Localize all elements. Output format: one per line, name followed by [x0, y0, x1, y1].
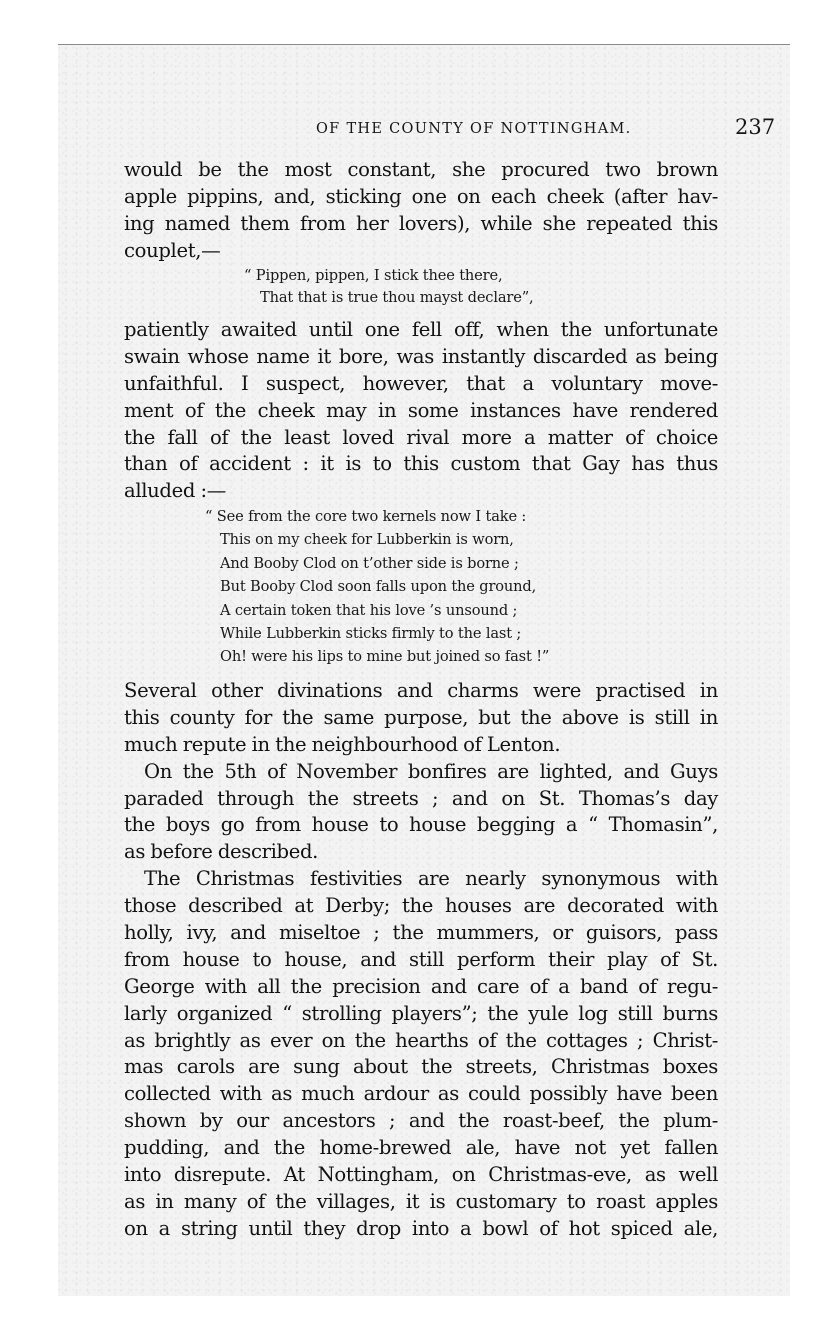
- page-number: 237: [735, 115, 775, 139]
- running-head: OF THE COUNTY OF NOTTINGHAM. 237: [58, 115, 790, 139]
- text-line: unfaithful. I suspect, however, that a v…: [124, 371, 718, 398]
- text-line: the boys go from house to house begging …: [124, 812, 718, 839]
- text-line: shown by our ancestors ; and the roast-b…: [124, 1108, 718, 1135]
- text-line: paraded through the streets ; and on St.…: [124, 786, 718, 813]
- running-title: OF THE COUNTY OF NOTTINGHAM.: [316, 121, 632, 137]
- text-line: mas carols are sung about the streets, C…: [124, 1054, 718, 1081]
- verse-line: While Lubberkin sticks firmly to the las…: [205, 622, 549, 645]
- text-line: George with all the precision and care o…: [124, 974, 718, 1001]
- text-line: ing named them from her lovers), while s…: [124, 211, 718, 238]
- text-line: as before described.: [124, 839, 718, 866]
- text-line: Several other divinations and charms wer…: [124, 678, 718, 705]
- text-line: swain whose name it bore, was instantly …: [124, 344, 718, 371]
- verse-line: Oh! were his lips to mine but joined so …: [205, 645, 549, 668]
- text-line: as brightly as ever on the hearths of th…: [124, 1028, 718, 1055]
- verse-line: “ See from the core two kernels now I ta…: [205, 505, 549, 528]
- text-line: as in many of the villages, it is custom…: [124, 1189, 718, 1216]
- text-line: alluded :—: [124, 478, 718, 505]
- text-line: holly, ivy, and miseltoe ; the mummers, …: [124, 920, 718, 947]
- verse-line: That that is true thou mayst declare”,: [244, 287, 534, 309]
- paragraph-continued: would be the most constant, she procured…: [124, 157, 718, 265]
- gay-poem-quote: “ See from the core two kernels now I ta…: [205, 505, 549, 669]
- verse-line: “ Pippen, pippen, I stick thee there,: [244, 265, 534, 287]
- text-line: apple pippins, and, sticking one on each…: [124, 184, 718, 211]
- text-line: pudding, and the home-brewed ale, have n…: [124, 1135, 718, 1162]
- paragraph-custom: patiently awaited until one fell off, wh…: [124, 317, 718, 505]
- text-line: this county for the same purpose, but th…: [124, 705, 718, 732]
- text-line: ment of the cheek may in some instances …: [124, 398, 718, 425]
- text-line: The Christmas festivities are nearly syn…: [124, 866, 718, 893]
- couplet-quote: “ Pippen, pippen, I stick thee there, Th…: [244, 265, 534, 309]
- text-line: those described at Derby; the houses are…: [124, 893, 718, 920]
- verse-line: This on my cheek for Lubberkin is worn,: [205, 528, 549, 551]
- text-line: on a string until they drop into a bowl …: [124, 1216, 718, 1243]
- text-line: patiently awaited until one fell off, wh…: [124, 317, 718, 344]
- text-line: collected with as much ardour as could p…: [124, 1081, 718, 1108]
- paragraph-divinations: Several other divinations and charms wer…: [124, 678, 718, 1243]
- verse-line: A certain token that his love ’s unsound…: [205, 599, 549, 622]
- text-line: much repute in the neighbourhood of Lent…: [124, 732, 718, 759]
- text-line: than of accident : it is to this custom …: [124, 451, 718, 478]
- text-line: would be the most constant, she procured…: [124, 157, 718, 184]
- text-line: into disrepute. At Nottingham, on Christ…: [124, 1162, 718, 1189]
- verse-line: And Booby Clod on t’other side is borne …: [205, 552, 549, 575]
- text-line: On the 5th of November bonfires are ligh…: [124, 759, 718, 786]
- text-line: larly organized “ strolling players”; th…: [124, 1001, 718, 1028]
- text-line: from house to house, and still perform t…: [124, 947, 718, 974]
- verse-line: But Booby Clod soon falls upon the groun…: [205, 575, 549, 598]
- text-line: couplet,—: [124, 238, 718, 265]
- text-line: the fall of the least loved rival more a…: [124, 425, 718, 452]
